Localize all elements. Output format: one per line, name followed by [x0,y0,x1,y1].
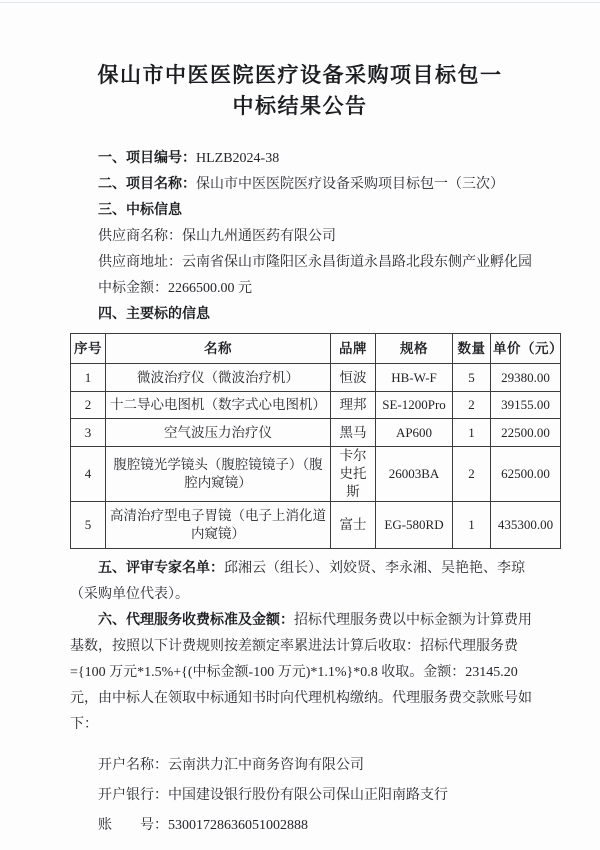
account-number-value: 53001728636051002888 [168,818,308,833]
th-brand: 品牌 [331,334,376,364]
cell-name: 空气波压力治疗仪 [106,419,331,447]
table-row: 4 腹腔镜光学镜头（腹腔镜镜子）（腹腔内窥镜） 卡尔史托斯 26003BA 2 … [71,447,561,502]
cell-unit-price: 22500.00 [491,419,561,447]
th-unit-price: 单价（元） [491,334,561,364]
cell-qty: 1 [453,419,491,447]
agency-fee-text-2: 基数，按照以下计费规则按差额定率累进法计算后收取：招标代理服务费 [70,639,518,654]
table-row: 2 十二导心电图机（数字式心电图机） 理邦 SE-1200Pro 2 39155… [71,392,561,419]
account-name-value: 云南洪力汇中商务咨询有限公司 [168,758,364,773]
cell-brand: 卡尔史托斯 [331,447,376,502]
th-name: 名称 [106,334,331,364]
cell-qty: 5 [453,364,491,392]
document-body: 一、项目编号：HLZB2024-38 二、项目名称：保山市中医医院医疗设备采购项… [0,146,600,841]
table-row: 1 微波治疗仪（微波治疗机） 恒波 HB-W-F 5 29380.00 [71,364,561,392]
cell-spec: AP600 [376,419,453,447]
cell-spec: EG-580RD [376,502,453,549]
cell-qty: 2 [453,447,491,502]
scan-edge-line [0,2,600,3]
cell-index: 2 [71,392,106,419]
cell-name: 高清治疗型电子胃镜（电子上消化道内窥镜） [106,502,331,549]
bank-name-label: 开户银行： [98,788,168,803]
cell-brand: 黑马 [331,419,376,447]
agency-fee-text-4: 元，由中标人在领取中标通知书时向代理机构缴纳。代理服务费交款账号如 [70,691,532,706]
cell-spec: HB-W-F [376,364,453,392]
cell-brand: 富士 [331,502,376,549]
section-project-name: 二、项目名称：保山市中医医院医疗设备采购项目标包一（三次） [70,172,530,198]
cell-spec: 26003BA [376,447,453,502]
cell-qty: 1 [453,502,491,549]
cell-spec: SE-1200Pro [376,392,453,419]
table-header-row: 序号 名称 品牌 规格 数量 单价（元） [71,334,561,364]
cell-brand: 理邦 [331,392,376,419]
cell-unit-price: 29380.00 [491,364,561,392]
cell-unit-price: 435300.00 [491,502,561,549]
cell-brand: 恒波 [331,364,376,392]
bank-name-value: 中国建设银行股份有限公司保山正阳南路支行 [168,788,448,803]
bank-details-block: 开户名称：云南洪力汇中商务咨询有限公司 开户银行：中国建设银行股份有限公司保山正… [70,751,530,841]
award-amount-label: 中标金额： [98,281,168,296]
supplier-address-label: 供应商地址： [98,255,182,270]
section-agency-fee-line-2: 基数，按照以下计费规则按差额定率累进法计算后收取：招标代理服务费 [70,634,530,660]
experts-names: 邱湘云（组长）、刘姣贤、李永湘、吴艳艳、李琼 [224,561,525,576]
cell-index: 3 [71,419,106,447]
cell-name: 腹腔镜光学镜头（腹腔镜镜子）（腹腔内窥镜） [106,447,331,502]
agency-fee-text-1: 招标代理服务费以中标金额为计算费用 [294,613,532,628]
agency-fee-formula: ={100 万元*1.5%+{(中标金额-100 万元)*1.1%}*0.8 收… [70,665,518,680]
cell-unit-price: 62500.00 [491,447,561,502]
project-number-value: HLZB2024-38 [196,151,279,166]
section-agency-fee-line-3: ={100 万元*1.5%+{(中标金额-100 万元)*1.1%}*0.8 收… [70,660,530,686]
account-number-label: 账 号： [98,818,168,833]
account-number-line: 账 号：53001728636051002888 [70,811,530,841]
table-row: 5 高清治疗型电子胃镜（电子上消化道内窥镜） 富士 EG-580RD 1 435… [71,502,561,549]
section-agency-fee-line-4: 元，由中标人在领取中标通知书时向代理机构缴纳。代理服务费交款账号如 [70,686,530,712]
agency-fee-text-5: 下： [70,717,98,732]
cell-index: 4 [71,447,106,502]
th-qty: 数量 [453,334,491,364]
award-amount-value: 2266500.00 元 [168,281,252,296]
project-name-value: 保山市中医医院医疗设备采购项目标包一（三次） [196,177,504,192]
section-experts-line-2: （采购单位代表）。 [70,582,530,608]
cell-qty: 2 [453,392,491,419]
award-info-label: 三、中标信息 [98,203,182,218]
supplier-address-line: 供应商地址：云南省保山市隆阳区永昌街道永昌路北段东侧产业孵化园 [70,250,530,276]
supplier-name-value: 保山九州通医药有限公司 [182,229,336,244]
th-index: 序号 [71,334,106,364]
bank-name-line: 开户银行：中国建设银行股份有限公司保山正阳南路支行 [70,781,530,811]
section-award-info-heading: 三、中标信息 [70,198,530,224]
section-agency-fee-line-5: 下： [70,712,530,738]
supplier-name-label: 供应商名称： [98,229,182,244]
account-name-label: 开户名称： [98,758,168,773]
section-project-number: 一、项目编号：HLZB2024-38 [70,146,530,172]
items-table: 序号 名称 品牌 规格 数量 单价（元） 1 微波治疗仪（微波治疗机） 恒波 H… [70,333,561,549]
section-main-items-heading: 四、主要标的信息 [70,302,530,328]
account-name-line: 开户名称：云南洪力汇中商务咨询有限公司 [70,751,530,781]
cell-name: 微波治疗仪（微波治疗机） [106,364,331,392]
page-title: 保山市中医医院医疗设备采购项目标包一 中标结果公告 [0,60,600,122]
title-line-1: 保山市中医医院医疗设备采购项目标包一 [0,60,600,91]
agency-fee-label: 六、代理服务收费标准及金额： [98,613,294,628]
main-items-label: 四、主要标的信息 [98,307,210,322]
project-number-label: 一、项目编号： [98,151,196,166]
section-agency-fee-line-1: 六、代理服务收费标准及金额：招标代理服务费以中标金额为计算费用 [70,608,530,634]
award-amount-line: 中标金额：2266500.00 元 [70,276,530,302]
project-name-label: 二、项目名称： [98,177,196,192]
cell-name: 十二导心电图机（数字式心电图机） [106,392,331,419]
table-row: 3 空气波压力治疗仪 黑马 AP600 1 22500.00 [71,419,561,447]
document-page: 保山市中医医院医疗设备采购项目标包一 中标结果公告 一、项目编号：HLZB202… [0,0,600,850]
title-line-2: 中标结果公告 [0,91,600,122]
section-experts-line-1: 五、评审专家名单：邱湘云（组长）、刘姣贤、李永湘、吴艳艳、李琼 [70,556,530,582]
supplier-name-line: 供应商名称：保山九州通医药有限公司 [70,224,530,250]
th-spec: 规格 [376,334,453,364]
experts-label: 五、评审专家名单： [98,561,224,576]
experts-names-cont: （采购单位代表）。 [70,587,189,602]
cell-index: 5 [71,502,106,549]
supplier-address-value: 云南省保山市隆阳区永昌街道永昌路北段东侧产业孵化园 [182,255,532,270]
cell-unit-price: 39155.00 [491,392,561,419]
cell-index: 1 [71,364,106,392]
